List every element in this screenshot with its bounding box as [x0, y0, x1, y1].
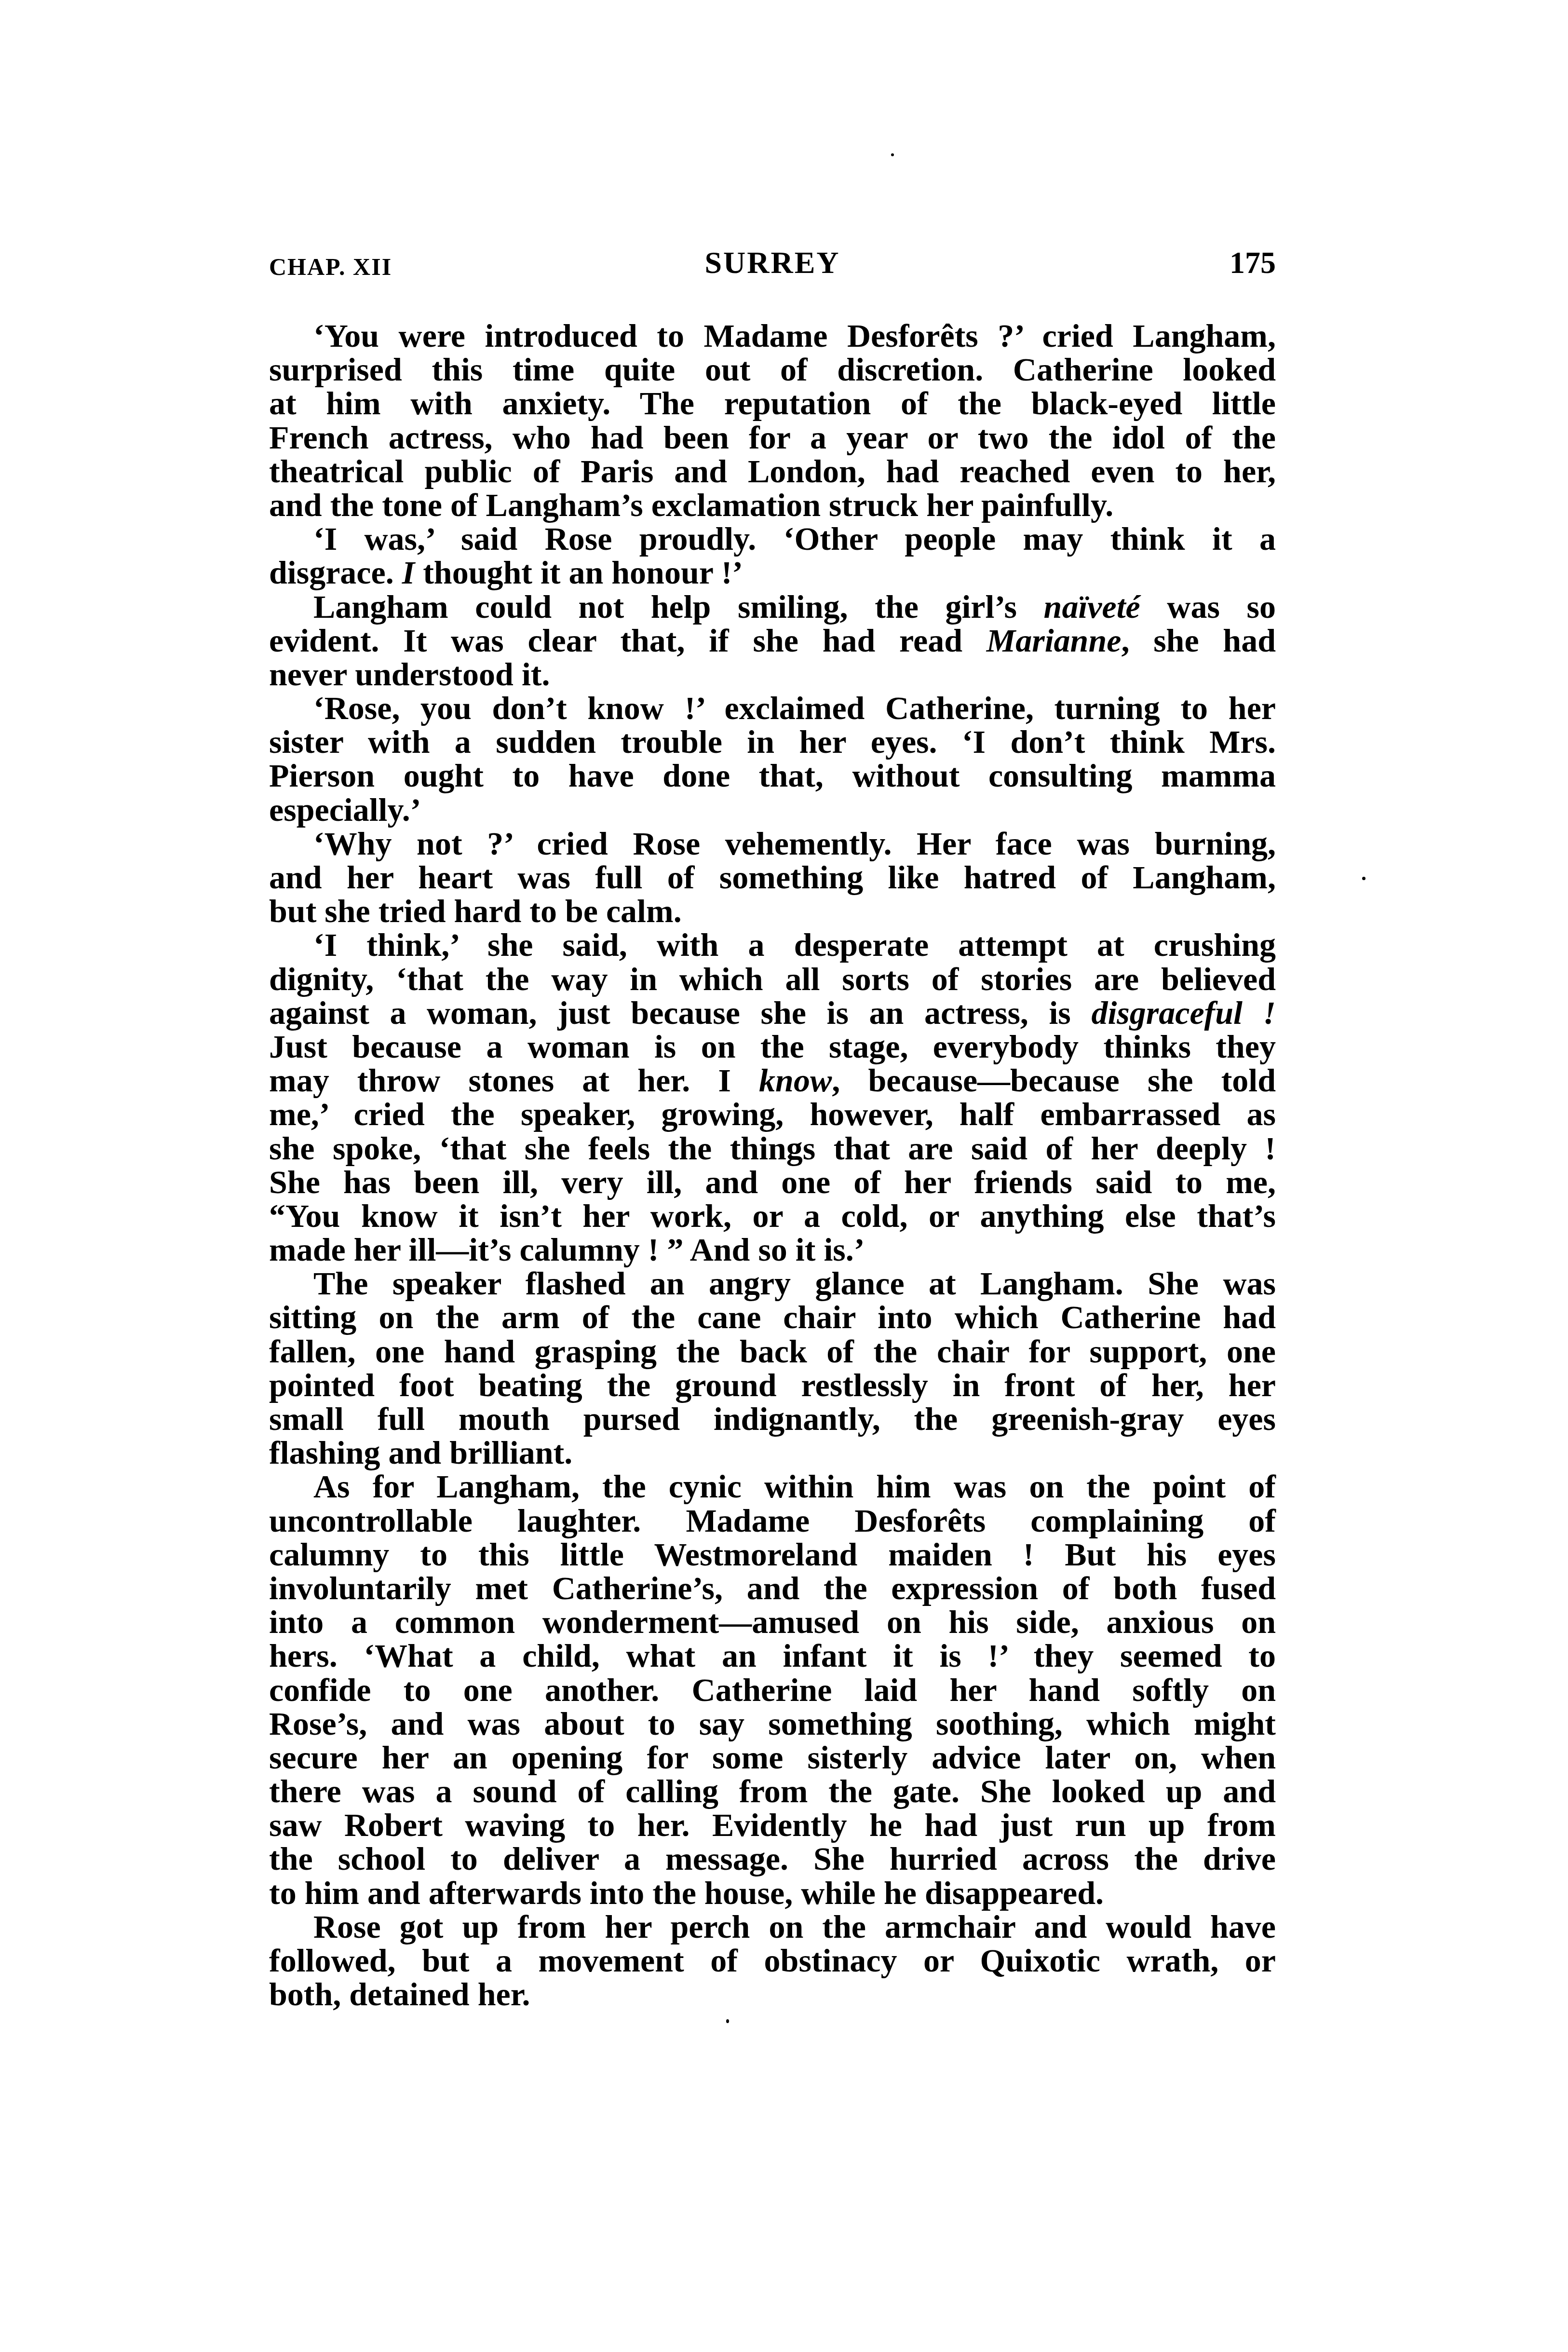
- text-run: , she had: [1121, 622, 1276, 659]
- text-line: evident. It was clear that, if she had r…: [269, 624, 1276, 657]
- text-line: The speaker flashed an angry glance at L…: [269, 1266, 1276, 1300]
- text-run: followed, but a movement of obstinacy or…: [269, 1942, 1276, 1979]
- text-run: “You know it isn’t her work, or a cold, …: [269, 1197, 1276, 1234]
- text-line: flashing and brilliant.: [269, 1436, 1276, 1469]
- paragraph: ‘I think,’ she said, with a desperate at…: [269, 928, 1276, 1266]
- text-line: me,’ cried the speaker, growing, however…: [269, 1097, 1276, 1131]
- text-line: ‘Why not ?’ cried Rose vehemently. Her f…: [269, 827, 1276, 860]
- text-run: ‘Why not ?’ cried Rose vehemently. Her f…: [313, 825, 1276, 862]
- scan-speck: [1362, 877, 1365, 880]
- text-line: hers. ‘What a child, what an infant it i…: [269, 1639, 1276, 1672]
- text-run: theatrical public of Paris and London, h…: [269, 453, 1276, 489]
- text-run: fallen, one hand grasping the back of th…: [269, 1333, 1276, 1370]
- text-run: Rose’s, and was about to say something s…: [269, 1705, 1276, 1742]
- text-line: surprised this time quite out of discret…: [269, 353, 1276, 386]
- text-run: She has been ill, very ill, and one of h…: [269, 1164, 1276, 1200]
- text-line: confide to one another. Catherine laid h…: [269, 1673, 1276, 1707]
- text-run: sister with a sudden trouble in her eyes…: [269, 723, 1276, 760]
- text-line: to him and afterwards into the house, wh…: [269, 1876, 1276, 1910]
- book-page: CHAP. XII SURREY 175 ‘You were introduce…: [0, 0, 1568, 2352]
- text-run: The speaker flashed an angry glance at L…: [313, 1265, 1276, 1302]
- text-line: theatrical public of Paris and London, h…: [269, 454, 1276, 488]
- text-run: small full mouth pursed indignantly, the…: [269, 1400, 1276, 1437]
- text-run: and the tone of Langham’s exclamation st…: [269, 487, 1113, 523]
- text-line: involuntarily met Catherine’s, and the e…: [269, 1571, 1276, 1605]
- text-line: Rose got up from her perch on the armcha…: [269, 1910, 1276, 1944]
- italic-text: disgraceful !: [1091, 994, 1276, 1031]
- paragraph: Rose got up from her perch on the armcha…: [269, 1910, 1276, 2012]
- text-line: followed, but a movement of obstinacy or…: [269, 1944, 1276, 1977]
- text-line: made her ill—it’s calumny ! ” And so it …: [269, 1233, 1276, 1266]
- text-run: French actress, who had been for a year …: [269, 419, 1276, 456]
- text-line: ‘I think,’ she said, with a desperate at…: [269, 928, 1276, 962]
- text-line: she spoke, ‘that she feels the things th…: [269, 1131, 1276, 1165]
- text-run: but she tried hard to be calm.: [269, 893, 682, 929]
- text-run: hers. ‘What a child, what an infant it i…: [269, 1637, 1276, 1674]
- running-title: SURREY: [269, 245, 1276, 281]
- text-line: Rose’s, and was about to say something s…: [269, 1707, 1276, 1740]
- text-run: at him with anxiety. The reputation of t…: [269, 385, 1276, 421]
- text-run: to him and afterwards into the house, wh…: [269, 1875, 1104, 1911]
- text-run: As for Langham, the cynic within him was…: [313, 1468, 1276, 1505]
- text-line: sister with a sudden trouble in her eyes…: [269, 725, 1276, 759]
- text-run: Pierson ought to have done that, without…: [269, 757, 1276, 794]
- text-run: uncontrollable laughter. Madame Desforêt…: [269, 1502, 1276, 1539]
- text-run: secure her an opening for some sisterly …: [269, 1739, 1276, 1776]
- italic-text: naïveté: [1044, 588, 1140, 625]
- paragraph: ‘You were introduced to Madame Desforêts…: [269, 319, 1276, 522]
- text-line: and the tone of Langham’s exclamation st…: [269, 488, 1276, 522]
- text-run: sitting on the arm of the cane chair int…: [269, 1299, 1276, 1335]
- paragraph: Langham could not help smiling, the girl…: [269, 590, 1276, 692]
- text-line: both, detained her.: [269, 1977, 1276, 2011]
- paragraph: The speaker flashed an angry glance at L…: [269, 1266, 1276, 1469]
- text-run: ‘I think,’ she said, with a desperate at…: [313, 926, 1276, 963]
- text-run: thought it an honour !’: [415, 554, 743, 591]
- text-line: never understood it.: [269, 657, 1276, 691]
- text-line: at him with anxiety. The reputation of t…: [269, 386, 1276, 420]
- text-run: against a woman, just because she is an …: [269, 994, 1091, 1031]
- text-run: Langham could not help smiling, the girl…: [313, 588, 1044, 625]
- text-run: she spoke, ‘that she feels the things th…: [269, 1130, 1276, 1167]
- text-run: pointed foot beating the ground restless…: [269, 1367, 1276, 1403]
- text-run: into a common wonderment—amused on his s…: [269, 1604, 1276, 1640]
- text-line: especially.’: [269, 793, 1276, 827]
- text-run: , because—because she told: [832, 1062, 1276, 1099]
- text-run: saw Robert waving to her. Evidently he h…: [269, 1807, 1276, 1843]
- text-line: may throw stones at her. I know, because…: [269, 1063, 1276, 1097]
- text-line: She has been ill, very ill, and one of h…: [269, 1165, 1276, 1199]
- text-line: pointed foot beating the ground restless…: [269, 1368, 1276, 1402]
- text-line: Langham could not help smiling, the girl…: [269, 590, 1276, 624]
- text-run: calumny to this little Westmoreland maid…: [269, 1536, 1276, 1573]
- text-line: Pierson ought to have done that, without…: [269, 759, 1276, 792]
- text-line: uncontrollable laughter. Madame Desforêt…: [269, 1504, 1276, 1537]
- text-line: and her heart was full of something like…: [269, 860, 1276, 894]
- body-text: ‘You were introduced to Madame Desforêts…: [269, 319, 1276, 2011]
- text-run: ‘I was,’ said Rose proudly. ‘Other peopl…: [313, 520, 1276, 557]
- paragraph: ‘Why not ?’ cried Rose vehemently. Her f…: [269, 827, 1276, 928]
- text-line: into a common wonderment—amused on his s…: [269, 1605, 1276, 1639]
- text-run: may throw stones at her. I: [269, 1062, 759, 1099]
- text-line: sitting on the arm of the cane chair int…: [269, 1300, 1276, 1334]
- text-line: fallen, one hand grasping the back of th…: [269, 1334, 1276, 1368]
- scan-speck: [726, 2019, 729, 2023]
- text-run: confide to one another. Catherine laid h…: [269, 1672, 1276, 1708]
- text-line: against a woman, just because she is an …: [269, 996, 1276, 1030]
- text-line: calumny to this little Westmoreland maid…: [269, 1537, 1276, 1571]
- page-number: 175: [1230, 245, 1276, 281]
- text-run: never understood it.: [269, 656, 550, 693]
- text-run: disgrace.: [269, 554, 402, 591]
- paragraph: As for Langham, the cynic within him was…: [269, 1469, 1276, 1909]
- italic-text: Marianne: [987, 622, 1122, 659]
- text-line: ‘I was,’ said Rose proudly. ‘Other peopl…: [269, 522, 1276, 556]
- text-line: ‘Rose, you don’t know !’ exclaimed Cathe…: [269, 691, 1276, 725]
- running-head: CHAP. XII SURREY 175: [269, 251, 1276, 289]
- text-line: French actress, who had been for a year …: [269, 421, 1276, 454]
- text-line: “You know it isn’t her work, or a cold, …: [269, 1199, 1276, 1233]
- text-run: dignity, ‘that the way in which all sort…: [269, 961, 1276, 997]
- text-line: the school to deliver a message. She hur…: [269, 1842, 1276, 1876]
- text-line: saw Robert waving to her. Evidently he h…: [269, 1808, 1276, 1842]
- text-run: the school to deliver a message. She hur…: [269, 1840, 1276, 1877]
- text-run: involuntarily met Catherine’s, and the e…: [269, 1570, 1276, 1606]
- text-run: and her heart was full of something like…: [269, 859, 1276, 896]
- text-run: both, detained her.: [269, 1976, 530, 2012]
- text-run: Rose got up from her perch on the armcha…: [313, 1908, 1276, 1945]
- text-run: surprised this time quite out of discret…: [269, 351, 1276, 388]
- text-run: me,’ cried the speaker, growing, however…: [269, 1096, 1276, 1132]
- text-run: ‘Rose, you don’t know !’ exclaimed Cathe…: [313, 690, 1276, 726]
- text-run: was so: [1140, 588, 1276, 625]
- text-run: evident. It was clear that, if she had r…: [269, 622, 987, 659]
- text-run: Just because a woman is on the stage, ev…: [269, 1028, 1276, 1065]
- text-run: made her ill—it’s calumny ! ” And so it …: [269, 1231, 865, 1268]
- text-line: but she tried hard to be calm.: [269, 894, 1276, 928]
- text-line: ‘You were introduced to Madame Desforêts…: [269, 319, 1276, 353]
- text-line: Just because a woman is on the stage, ev…: [269, 1030, 1276, 1063]
- text-line: dignity, ‘that the way in which all sort…: [269, 962, 1276, 996]
- paragraph: ‘Rose, you don’t know !’ exclaimed Cathe…: [269, 691, 1276, 827]
- italic-text: I: [402, 554, 415, 591]
- text-line: disgrace. I thought it an honour !’: [269, 556, 1276, 589]
- scan-speck: [891, 153, 894, 156]
- text-line: As for Langham, the cynic within him was…: [269, 1469, 1276, 1503]
- text-line: small full mouth pursed indignantly, the…: [269, 1402, 1276, 1436]
- text-line: secure her an opening for some sisterly …: [269, 1740, 1276, 1774]
- text-run: there was a sound of calling from the ga…: [269, 1773, 1276, 1809]
- paragraph: ‘I was,’ said Rose proudly. ‘Other peopl…: [269, 522, 1276, 589]
- text-run: flashing and brilliant.: [269, 1434, 572, 1471]
- italic-text: know: [759, 1062, 832, 1099]
- text-run: especially.’: [269, 791, 421, 828]
- text-line: there was a sound of calling from the ga…: [269, 1774, 1276, 1808]
- text-run: ‘You were introduced to Madame Desforêts…: [313, 317, 1276, 354]
